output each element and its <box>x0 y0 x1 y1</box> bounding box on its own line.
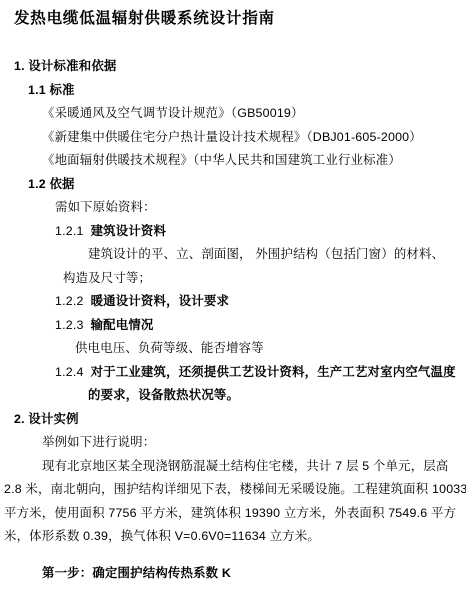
doc-title: 发热电缆低温辐射供暖系统设计指南 <box>0 6 466 32</box>
item-1-2-4-heading: 1.2.4对于工业建筑，还须提供工艺设计资料，生产工艺对室内空气温度 <box>0 361 466 385</box>
item-1-2-2-heading: 1.2.2暖通设计资料，设计要求 <box>0 290 466 314</box>
item-1-2-1-label: 建筑设计资料 <box>91 224 167 238</box>
section-1-1-heading: 1.1 标准 <box>0 79 466 103</box>
item-1-2-3-number: 1.2.3 <box>55 318 84 332</box>
document-page: 发热电缆低温辐射供暖系统设计指南 1. 设计标准和依据 1.1 标准 《采暖通风… <box>0 0 466 596</box>
item-1-2-2-label: 暖通设计资料，设计要求 <box>91 294 230 308</box>
section-1-2-intro: 需如下原始资料： <box>0 196 466 220</box>
section-1-2-heading: 1.2 依据 <box>0 173 466 197</box>
section-2-intro: 举例如下进行说明： <box>0 431 466 455</box>
item-1-2-1-number: 1.2.1 <box>55 224 84 238</box>
step-gap <box>0 549 466 562</box>
section-1-heading: 1. 设计标准和依据 <box>0 55 466 79</box>
standard-item: 《地面辐射供暖技术规程》（中华人民共和国建筑工业行业标准） <box>0 149 466 173</box>
title-gap <box>0 32 466 55</box>
item-1-2-3-body-line: 供电电压、负荷等级、能否增容等 <box>0 337 466 361</box>
item-1-2-4-label-line1: 对于工业建筑，还须提供工艺设计资料，生产工艺对室内空气温度 <box>91 365 456 379</box>
example-paragraph-line: 米，体形系数 0.39，换气体积 V=0.6V0=11634 立方米。 <box>0 525 466 549</box>
standard-item: 《采暖通风及空气调节设计规范》（GB50019） <box>0 102 466 126</box>
item-1-2-4-label-line2: 的要求，设备散热状况等。 <box>0 384 466 408</box>
example-paragraph-line: 平方米，使用面积 7756 平方米，建筑体积 19390 立方米，外表面积 75… <box>0 502 466 526</box>
item-1-2-2-number: 1.2.2 <box>55 294 84 308</box>
standard-item: 《新建集中供暖住宅分户热计量设计技术规程》（DBJ01-605-2000） <box>0 126 466 150</box>
section-2-heading: 2. 设计实例 <box>0 408 466 432</box>
item-1-2-1-heading: 1.2.1建筑设计资料 <box>0 220 466 244</box>
step-1-heading: 第一步：确定围护结构传热系数 K <box>0 562 466 586</box>
item-1-2-3-label: 输配电情况 <box>91 318 154 332</box>
item-1-2-3-heading: 1.2.3输配电情况 <box>0 314 466 338</box>
item-1-2-1-body-line: 建筑设计的平、立、剖面图， 外围护结构（包括门窗）的材料、 <box>0 243 466 267</box>
item-1-2-1-body-line: 构造及尺寸等； <box>0 267 466 291</box>
item-1-2-4-number: 1.2.4 <box>55 365 84 379</box>
example-paragraph-line: 现有北京地区某全现浇钢筋混凝土结构住宅楼，共计 7 层 5 个单元，层高 <box>0 455 466 479</box>
example-paragraph-line: 2.8 米，南北朝向，围护结构详细见下表，楼梯间无采暖设施。工程建筑面积 100… <box>0 478 466 502</box>
